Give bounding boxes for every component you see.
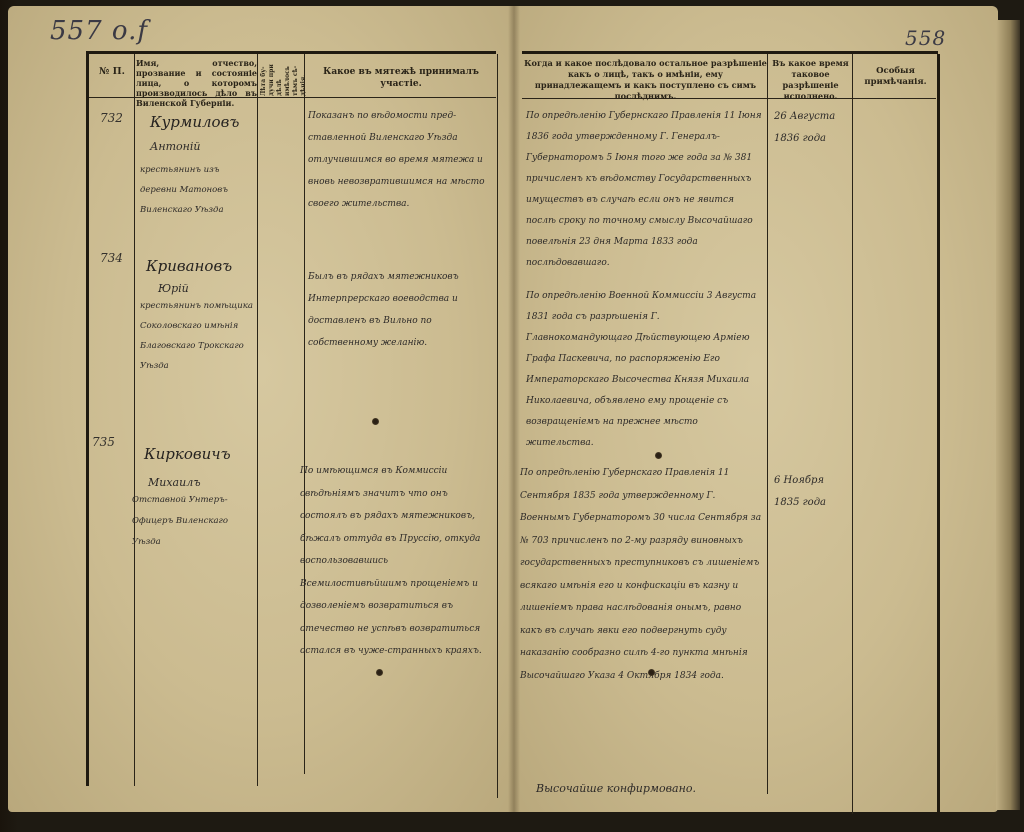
entry-number: 735	[92, 432, 115, 454]
entry-surname: Кирковичъ	[144, 444, 231, 464]
entry-status: Отставной Унтеръ-Офицеръ Виленскаго Уѣзд…	[132, 490, 252, 553]
col-divider-left-end	[497, 54, 498, 798]
col-divider-executed	[852, 54, 853, 814]
col-divider-years	[304, 54, 305, 774]
folio-number-left: 557 o.f	[50, 16, 148, 46]
col-divider-resolution	[767, 54, 768, 794]
entry-participation: Показанъ по вѣдомости пред­ставленной Ви…	[308, 105, 494, 215]
page-edges	[996, 20, 1020, 810]
footer-confirmation-note: Высочайше конфирмовано.	[536, 778, 696, 800]
entry-number: 732	[100, 108, 123, 130]
left-outer-border	[86, 51, 89, 786]
entry-number: 734	[100, 248, 123, 270]
header-executed: Въ какое время таковое разрѣше­ніе испол…	[769, 58, 852, 102]
col-divider-number	[134, 54, 135, 786]
entry-surname: Курмиловъ	[150, 112, 239, 132]
col-divider-name	[257, 54, 258, 786]
header-resolution: Когда и какое послѣдовало остальное разр…	[524, 58, 767, 102]
binding-hole	[372, 418, 379, 425]
ledger-spread: 557 o.f 558 № П. Имя, отчество, прозвани…	[0, 0, 1024, 832]
binding-hole	[648, 669, 655, 676]
entry-status: крестьянинъ изъ деревни Матоновъ Виленск…	[140, 160, 255, 220]
header-name: Имя, отчество, прозвание и состояніе лиц…	[136, 58, 257, 108]
binding-hole	[376, 669, 383, 676]
entry-surname: Кривановъ	[146, 256, 232, 276]
entry-participation: Былъ въ рядахъ мятежни­ковъ Интерпрерска…	[308, 266, 494, 354]
entry-given-name: Антоній	[150, 136, 200, 158]
entry-participation: По имѣющимся въ Коммиссіи свѣдѣніямъ зна…	[300, 460, 494, 663]
header-notes: Особыя примѣча­нія.	[854, 66, 937, 88]
entry-status: крестьянинъ помѣщика Соколовскаго имѣнія…	[140, 296, 255, 376]
right-outer-border	[937, 54, 940, 814]
header-years: Лѣта бу­дучи при дѣлѣ имѣлось тѣмъ­ сѣ­ …	[260, 56, 302, 96]
folio-number-right: 558	[905, 26, 946, 50]
entry-executed-date: 26 Августа 1836 года	[774, 106, 850, 150]
entry-resolution: По опредѣленію Военной Коммиссіи 3 Авгус…	[526, 286, 766, 454]
entry-resolution: По опредѣленію Губернскаго Правленія 11 …	[526, 106, 766, 274]
header-number: № П.	[90, 66, 134, 78]
entry-executed-date: 6 Ноября 1835 года	[774, 470, 850, 514]
top-border-right	[522, 51, 938, 54]
top-border-left	[88, 51, 496, 54]
gutter-fold	[508, 6, 520, 812]
binding-hole	[655, 452, 662, 459]
header-participation: Какое въ мятежѣ принималъ участіе.	[305, 66, 497, 90]
entry-resolution: По опредѣленію Губернскаго Правленія 11 …	[520, 462, 766, 687]
